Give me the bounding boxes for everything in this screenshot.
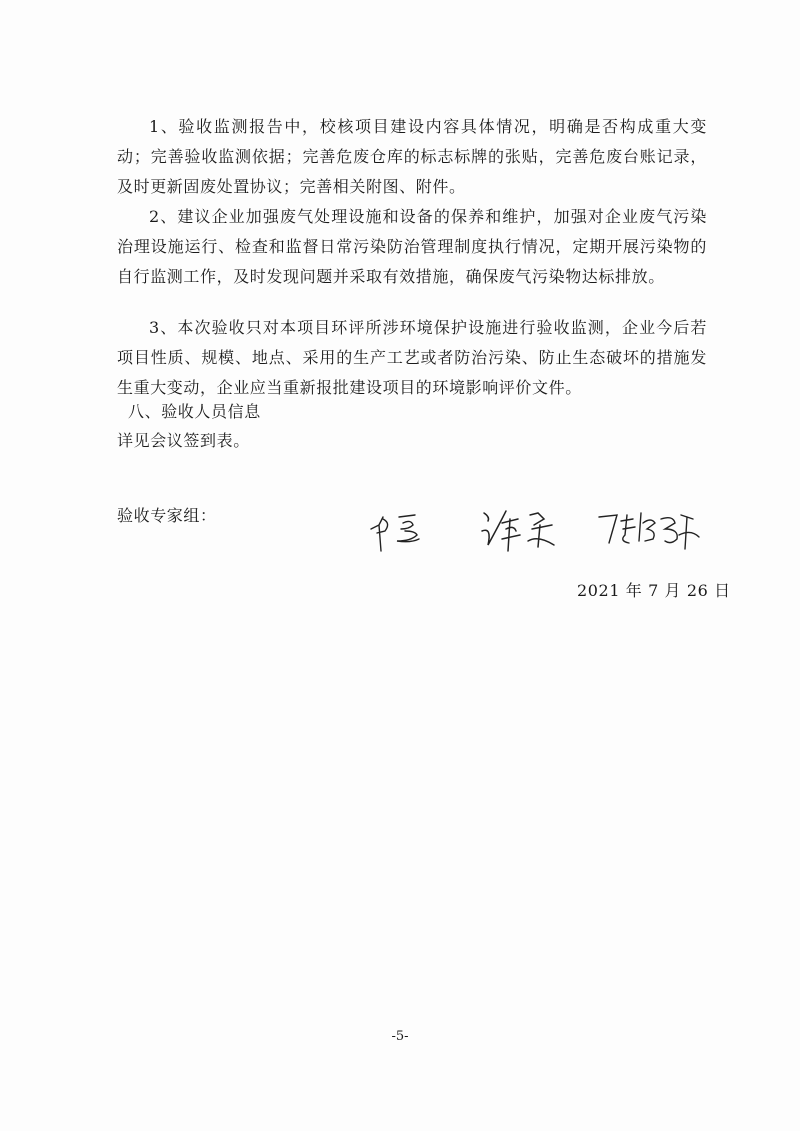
signature-1 — [365, 505, 445, 555]
date: 2021 年 7 月 26 日 — [577, 578, 731, 601]
paragraph-2: 2、建议企业加强废气处理设施和设备的保养和维护，加强对企业废气污染治理设施运行、… — [117, 202, 707, 292]
paragraph-3: 3、本次验收只对本项目环评所涉环境保护设施进行验收监测，企业今后若项目性质、规模… — [117, 313, 707, 403]
signature-3 — [595, 505, 705, 555]
section-text: 详见会议签到表。 — [117, 428, 250, 451]
paragraph-1: 1、验收监测报告中，校核项目建设内容具体情况，明确是否构成重大变动；完善验收监测… — [117, 112, 707, 202]
document-page: 1、验收监测报告中，校核项目建设内容具体情况，明确是否构成重大变动；完善验收监测… — [0, 0, 800, 1131]
page-number: -5- — [0, 1029, 800, 1044]
signature-2 — [478, 505, 568, 555]
experts-label: 验收专家组： — [117, 503, 217, 526]
section-heading: 八、验收人员信息 — [128, 399, 261, 422]
